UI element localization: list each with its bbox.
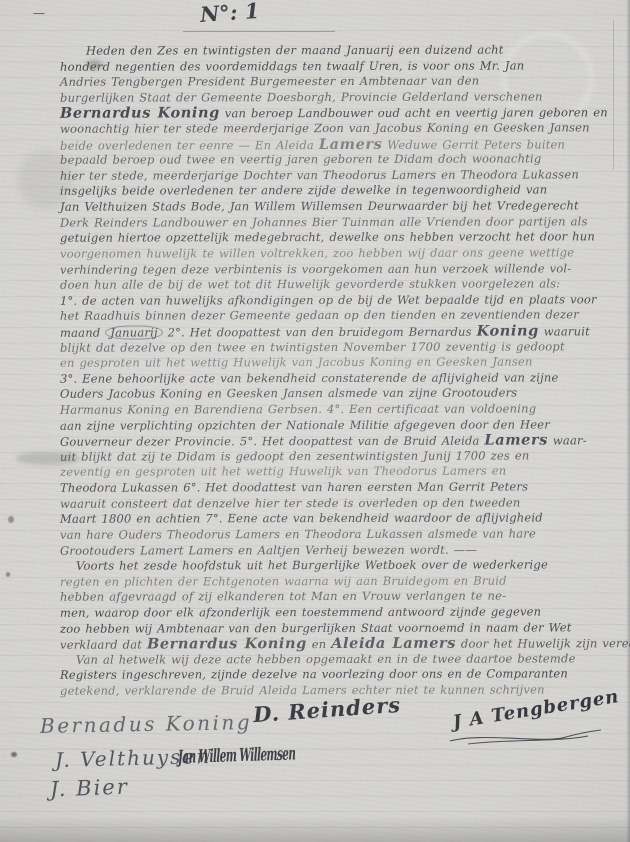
text-segment: hier ter stede, meerderjarige Dochter va… — [60, 167, 579, 182]
document-line: voorgenomen huwelijk te willen voltrekke… — [60, 245, 618, 262]
text-segment: Ouders Jacobus Koning en Geesken Jansen … — [60, 386, 517, 401]
document-line: zeventig en gesproten uit het wettig Huw… — [60, 464, 618, 481]
document-line: woonachtig hier ter stede meerderjarige … — [60, 120, 618, 137]
document-line: honderd negentien des voordemiddags ten … — [60, 58, 618, 75]
document-line: waaruit consteert dat denzelve hier ter … — [60, 495, 618, 512]
scan-edge-bottom — [0, 816, 630, 842]
text-segment: Maart 1800 en achtien 7°. Eene acte van … — [60, 511, 543, 526]
text-segment: bepaald beroep oud twee en veertig jaren… — [60, 152, 541, 167]
document-line: getuigen hiertoe opzettelijk medegebrach… — [60, 230, 618, 247]
text-segment: Van al hetwelk wij deze acte hebben opge… — [76, 651, 576, 666]
scan-edge-right — [626, 0, 630, 842]
document-line: insgelijks beide overledenen ter andere … — [60, 183, 618, 200]
emphasized-name: Aleida Lamers — [331, 635, 456, 652]
document-line: Harmanus Koning en Barendiena Gerbsen. 4… — [60, 401, 618, 418]
text-segment: Andries Tengbergen President Burgemeeste… — [60, 74, 479, 89]
scanned-document-page: — N°: 1 Heden den Zes en twintigsten der… — [0, 0, 630, 842]
text-segment: hebben afgevraagd of zij elkanderen tot … — [60, 589, 506, 604]
text-segment: Derk Reinders Landbouwer en Johannes Bie… — [60, 214, 588, 229]
text-segment: beide overledenen ter eenre — En Aleida — [60, 138, 319, 153]
signature-bernadus-koning: Bernadus Koning — [40, 710, 252, 738]
document-line: Jan Velthuizen Stads Bode, Jan Willem Wi… — [60, 198, 618, 215]
text-segment: Gouverneur dezer Provincie. 5°. Het doop… — [60, 434, 484, 449]
text-segment: maand — [60, 326, 105, 340]
document-line: men, waarop door elk afzonderlijk een to… — [60, 604, 618, 621]
text-segment: insgelijks beide overledenen ter andere … — [60, 183, 547, 198]
document-line: Ouders Jacobus Koning en Geesken Jansen … — [60, 386, 618, 403]
emphasized-name: Lamers — [484, 432, 548, 449]
emphasized-name: Koning — [477, 322, 539, 339]
text-segment: verklaard dat — [60, 638, 147, 652]
emphasized-name: Lamers — [319, 136, 383, 153]
text-segment: voorgenomen huwelijk te willen voltrekke… — [60, 245, 574, 260]
text-segment: en gesproten uit het wettig Huwelijk van… — [60, 355, 533, 370]
document-line: Registers ingeschreven, zijnde dezelve n… — [60, 667, 618, 684]
text-segment: Theodora Lukassen 6°. Het doodattest van… — [60, 480, 528, 495]
text-segment: doen hun alle de bij de wet tot dit Huwe… — [60, 277, 560, 292]
text-segment: getekend, verklarende de Bruid Aleida La… — [60, 682, 545, 697]
document-line: Grootouders Lamert Lamers en Aaltjen Ver… — [60, 542, 618, 559]
text-segment: woonachtig hier ter stede meerderjarige … — [60, 120, 590, 135]
text-segment: Registers ingeschreven, zijnde dezelve n… — [60, 667, 568, 682]
text-segment: 1°. de acten van huwelijks afkondigingen… — [60, 292, 597, 307]
document-line: en gesproten uit het wettig Huwelijk van… — [60, 354, 618, 371]
text-segment: Grootouders Lamert Lamers en Aaltjen Ver… — [60, 542, 477, 557]
document-body: Heden den Zes en twintigsten der maand J… — [60, 43, 618, 699]
document-line: beide overledenen ter eenre — En Aleida … — [60, 136, 618, 153]
text-segment: zeventig en gesproten uit het wettig Huw… — [60, 464, 506, 479]
document-line: doen hun alle de bij de wet tot dit Huwe… — [60, 276, 618, 293]
text-segment: men, waarop door elk afzonderlijk een to… — [60, 604, 541, 619]
text-segment: Harmanus Koning en Barendiena Gerbsen. 4… — [60, 401, 536, 416]
text-segment: waaruit consteert dat denzelve hier ter … — [60, 495, 521, 510]
corner-mark: — — [33, 6, 44, 20]
signature-bier: J. Bier — [50, 775, 130, 802]
ink-speck — [11, 752, 17, 757]
emphasized-name: Bernardus Koning — [147, 635, 307, 652]
header-underline — [183, 31, 335, 32]
document-line: Heden den Zes en twintigsten der maand J… — [60, 42, 618, 59]
text-segment: uit blijkt dat zij te Didam is gedoopt d… — [60, 448, 529, 463]
text-segment: verhindering tegen deze verbintenis is v… — [60, 261, 571, 276]
text-segment: van hare Ouders Theodorus Lamers en Theo… — [60, 526, 536, 541]
document-line: verhindering tegen deze verbintenis is v… — [60, 261, 618, 278]
document-line: Bernardus Koning van beroep Landbouwer o… — [60, 105, 618, 122]
document-line: verklaard dat Bernardus Koning en Aleida… — [60, 635, 618, 652]
text-segment: zoo hebben wij Ambtenaar van den burgerl… — [60, 620, 572, 635]
text-segment: getuigen hiertoe opzettelijk medegebrach… — [60, 230, 595, 245]
text-segment: 3°. Eene behoorlijke acte van bekendheid… — [60, 370, 559, 385]
text-segment: burgerlijken Staat der Gemeente Doesborg… — [60, 89, 543, 104]
document-line: blijkt dat dezelve op den twee en twinti… — [60, 339, 618, 356]
document-line: Gouverneur dezer Provincie. 5°. Het doop… — [60, 433, 618, 450]
text-segment: van beroep Landbouwer oud acht en veerti… — [220, 106, 608, 121]
text-segment: en — [307, 637, 331, 651]
ink-speck — [8, 516, 14, 523]
act-number: N°: 1 — [199, 0, 260, 27]
document-line: Andries Tengbergen President Burgemeeste… — [60, 73, 618, 90]
text-segment: blijkt dat dezelve op den twee en twinti… — [60, 339, 565, 354]
text-segment: waaruit — [539, 324, 590, 338]
document-line: Maart 1800 en achtien 7°. Eene acte van … — [60, 511, 618, 528]
document-line: Derk Reinders Landbouwer en Johannes Bie… — [60, 214, 618, 231]
text-segment: Voorts het zesde hoofdstuk uit het Burge… — [76, 558, 548, 573]
text-segment: regten en plichten der Echtgenoten waarn… — [60, 573, 507, 588]
text-segment: honderd negentien des voordemiddags ten … — [60, 58, 524, 73]
text-segment: Jan Velthuizen Stads Bode, Jan Willem Wi… — [60, 198, 579, 213]
text-segment: door het Huwelijk zijn vereenigd — [456, 636, 630, 651]
text-segment: waar- — [548, 434, 587, 448]
text-segment: het Raadhuis binnen dezer Gemeente gedaa… — [60, 308, 579, 323]
signature-flourish — [448, 728, 603, 746]
signature-willemsen: Jan Willem Willemsen — [178, 743, 296, 768]
text-segment: Heden den Zes en twintigsten der maand J… — [86, 43, 504, 58]
document-line: van hare Ouders Theodorus Lamers en Theo… — [60, 526, 618, 543]
document-line: hebben afgevraagd of zij elkanderen tot … — [60, 589, 618, 606]
document-line: maand Januarij 2°. Het doopattest van de… — [60, 323, 618, 340]
document-line: bepaald beroep oud twee en veertig jaren… — [60, 152, 618, 169]
document-line: Theodora Lukassen 6°. Het doodattest van… — [60, 479, 618, 496]
emphasized-name: Bernardus Koning — [60, 105, 220, 122]
circled-word: Januarij — [105, 325, 163, 339]
text-segment: aan zijne verplichting opzichten der Nat… — [60, 417, 550, 432]
document-line: Voorts het zesde hoofdstuk uit het Burge… — [60, 557, 618, 574]
text-segment: Weduwe Gerrit Peters buiten — [382, 137, 565, 151]
text-segment: 2°. Het doopattest van den bruidegom Ber… — [163, 325, 477, 340]
ink-speck — [6, 572, 10, 577]
document-line: regten en plichten der Echtgenoten waarn… — [60, 573, 618, 590]
